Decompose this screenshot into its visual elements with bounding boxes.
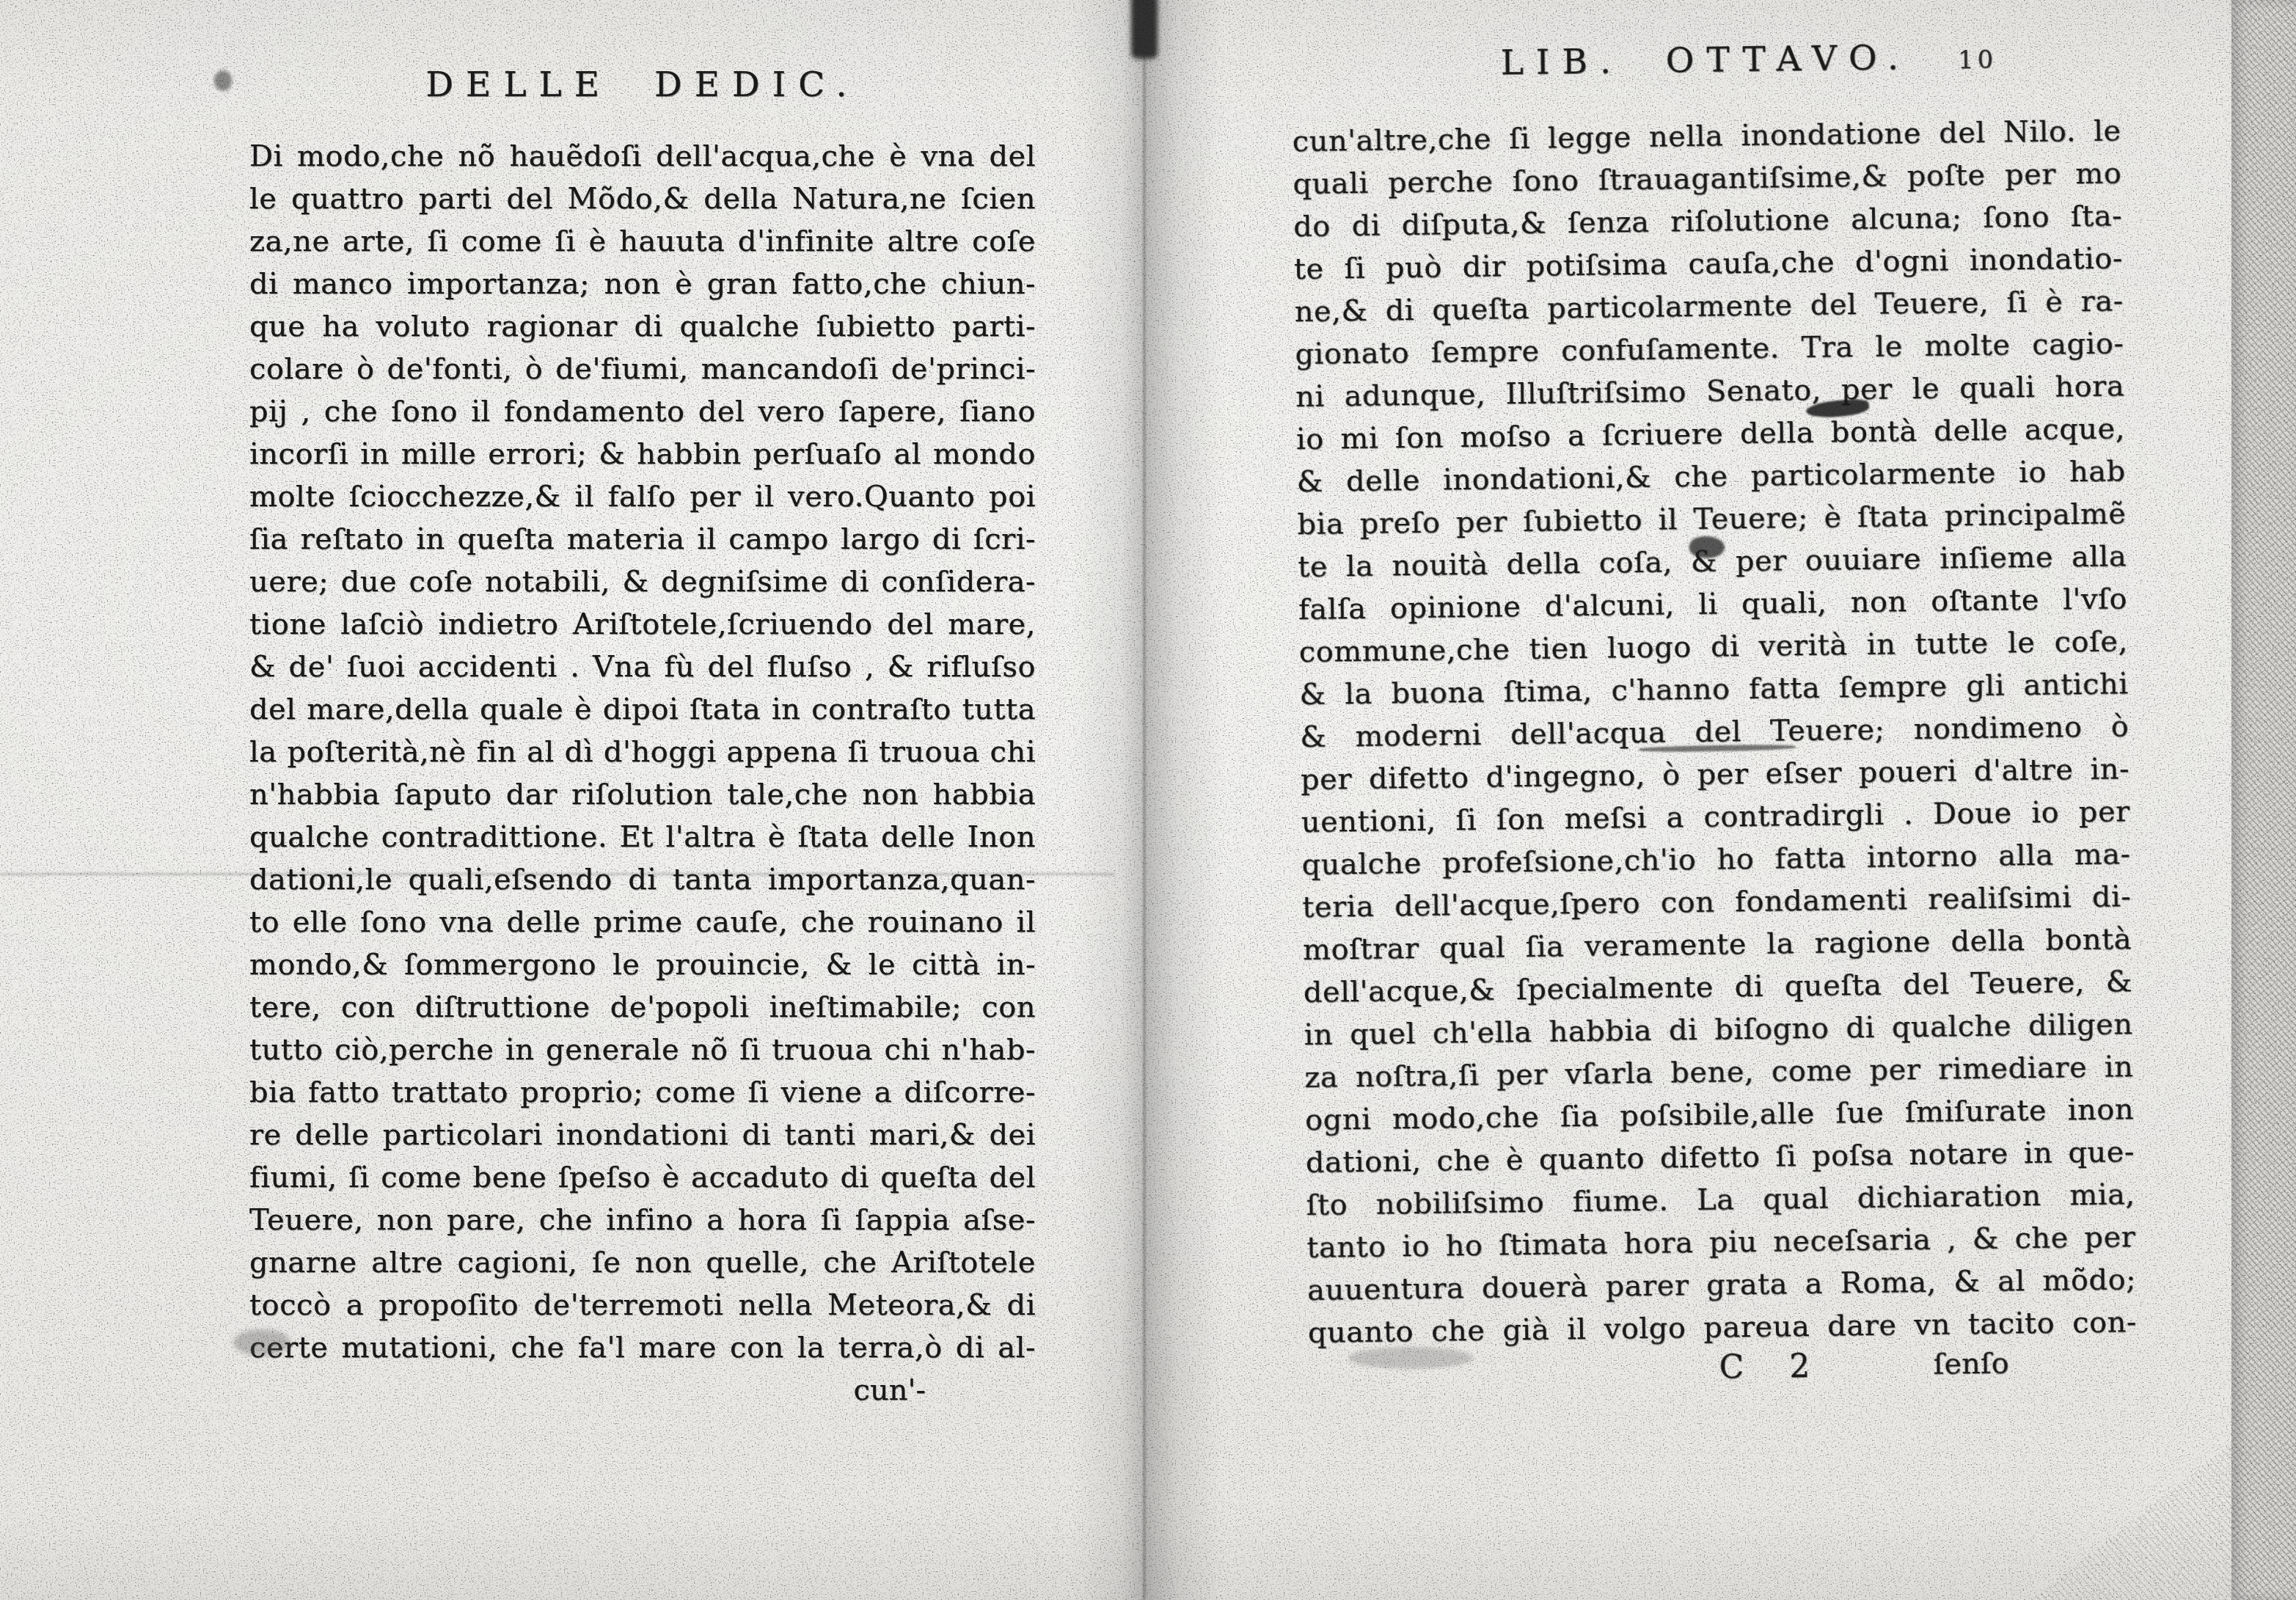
text-line: za,ne arte, ſi come ſi è hauuta d'infini… [249, 220, 1036, 263]
corner-edge-texture [2032, 1439, 2237, 1600]
right-header-row: LIB. OTTAVO. 10 [1291, 34, 2121, 91]
text-line: colare ò de'fonti, ò de'fiumi, mancandoſ… [249, 348, 1036, 390]
binding-dark-mark [1131, 0, 1158, 59]
page-edges-texture [2231, 0, 2296, 1600]
text-line: incorſi in mille errori; & habbin perſua… [249, 433, 1036, 475]
text-line: del mare,della quale è dipoi ſtata in co… [249, 688, 1036, 731]
text-line: fiumi, ſi come bene ſpeſso è accaduto di… [249, 1156, 1036, 1199]
book-spread-scan: DELLE DEDIC. Di modo,che nõ hauẽdoſi del… [0, 0, 2296, 1600]
left-page: DELLE DEDIC. Di modo,che nõ hauẽdoſi del… [249, 65, 1036, 1411]
right-text-block: cun'altre,che ſi legge nella inondatione… [1292, 109, 2137, 1354]
text-line: di manco importanza; non è gran fatto,ch… [249, 263, 1036, 305]
text-line: tere, con diſtruttione de'popoli ineſtim… [249, 986, 1036, 1029]
text-line: tione laſciò indietro Ariſtotele,ſcriuen… [249, 603, 1036, 646]
text-line: Di modo,che nõ hauẽdoſi dell'acqua,che è… [249, 135, 1036, 178]
page-number: 10 [1958, 45, 1997, 75]
text-line: pij , che ſono il fondamento del vero ſa… [249, 390, 1036, 433]
running-header-left: DELLE DEDIC. [249, 65, 1036, 110]
text-line: re delle particolari inondationi di tant… [249, 1114, 1036, 1156]
gutter-fold-shadow [1072, 0, 1223, 1600]
catchword-left: cun'- [249, 1369, 1036, 1411]
ink-smudge [233, 1329, 290, 1356]
catchword-right: ſenſo [1933, 1346, 2009, 1381]
show-through-smudge [1348, 1347, 1473, 1369]
text-line: molte ſciocchezze,& il falſo per il vero… [249, 475, 1036, 518]
text-line: tutto ciò,perche in generale nõ ſi truou… [249, 1029, 1036, 1071]
gutter-crease-line [1143, 0, 1146, 1600]
text-line: dationi,le quali,eſsendo di tanta import… [249, 858, 1036, 901]
text-line: gnarne altre cagioni, ſe non quelle, che… [249, 1241, 1036, 1284]
text-line: Teuere, non pare, che infino a hora ſi ſ… [249, 1199, 1036, 1241]
text-line: mondo,& ſommergono le prouincie, & le ci… [249, 943, 1036, 986]
text-line: bia fatto trattato proprio; come ſi vien… [249, 1071, 1036, 1114]
text-line: uere; due coſe notabili, & degniſsime di… [249, 560, 1036, 603]
text-line: que ha voluto ragionar di qualche ſubiet… [249, 305, 1036, 348]
text-line: toccò a propoſito de'terremoti nella Met… [249, 1284, 1036, 1326]
text-line: n'habbia ſaputo dar riſolution tale,che … [249, 773, 1036, 816]
left-text-block: Di modo,che nõ hauẽdoſi dell'acqua,che è… [249, 135, 1036, 1369]
text-line: le quattro parti del Mõdo,& della Natura… [249, 178, 1036, 220]
text-line: la poſterità,nè fin al dì d'hoggi appena… [249, 731, 1036, 773]
right-page: LIB. OTTAVO. 10 cun'altre,che ſi legge n… [1291, 34, 2138, 1398]
text-line: qualche contradittione. Et l'altra è ſta… [249, 816, 1036, 858]
ink-smudge [214, 70, 232, 91]
text-line: certe mutationi, che fa'l mare con la te… [249, 1326, 1036, 1369]
text-line: to elle ſono vna delle prime cauſe, che … [249, 901, 1036, 943]
text-line: & de' ſuoi accidenti . Vna fù del fluſso… [249, 646, 1036, 688]
gathering-signature: C 2 [1719, 1348, 1810, 1387]
text-line: ſia reſtato in queſta materia il campo l… [249, 518, 1036, 560]
